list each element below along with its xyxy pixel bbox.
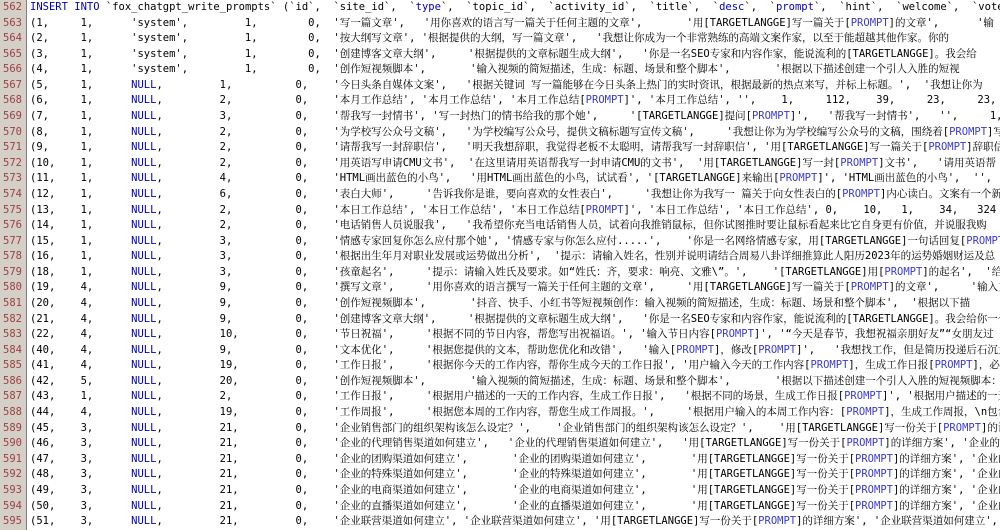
code-text[interactable]: (6, 1, NULL, 2, 0, '本月工作总结', '本月工作总结', '…	[27, 93, 1000, 109]
code-text[interactable]: (41, 4, NULL, 19, 0, '工作日报', '根据你今天的工作内容…	[27, 358, 1000, 374]
code-text[interactable]: (3, 1, 'system', 1, 0, '创建博客文章大纲', '根据提供…	[27, 47, 1000, 63]
code-line[interactable]: 580(19, 4, NULL, 9, 0, '撰写文章', '用你喜欢的语言撰…	[0, 280, 1000, 296]
code-text[interactable]: (5, 1, NULL, 1, 0, '今日头条自媒体文案', '根据关键词 写…	[27, 78, 1000, 94]
code-line[interactable]: 582(21, 4, NULL, 9, 0, '创建博客文章大纲', '根据提供…	[0, 312, 1000, 328]
code-lines-container: 562INSERT INTO `fox_chatgpt_write_prompt…	[0, 0, 1000, 530]
line-number[interactable]: 582	[0, 312, 27, 328]
code-text[interactable]: (9, 1, NULL, 2, 0, '请帮我写一封辞职信', '明天我想辞职，…	[27, 140, 1000, 156]
line-number[interactable]: 569	[0, 109, 27, 125]
code-text[interactable]: (51, 3, NULL, 21, 0, '企业联营渠道如何建立', '企业联营…	[27, 514, 1000, 530]
code-line[interactable]: 575(13, 1, NULL, 2, 0, '本日工作总结', '本日工作总结…	[0, 203, 1000, 219]
code-line[interactable]: 594(50, 3, NULL, 21, 0, '企业的直播渠道如何建立', '…	[0, 499, 1000, 515]
code-line[interactable]: 574(12, 1, NULL, 6, 0, '表白大师', '告诉我你是谁，要…	[0, 187, 1000, 203]
code-text[interactable]: (12, 1, NULL, 6, 0, '表白大师', '告诉我你是谁，要向喜欢…	[27, 187, 1000, 203]
code-line[interactable]: 566(4, 1, 'system', 1, 0, '创作短视频脚本', '输入…	[0, 62, 1000, 78]
line-number[interactable]: 564	[0, 31, 27, 47]
code-line[interactable]: 572(10, 1, NULL, 2, 0, '用英语写申请CMU文书', '在…	[0, 156, 1000, 172]
code-text[interactable]: (7, 1, NULL, 3, 0, '帮我写一封情书', '写一封热门的情书给…	[27, 109, 1000, 125]
code-line[interactable]: 586(42, 5, NULL, 20, 0, '创作短视频脚本', '输入视频…	[0, 374, 1000, 390]
line-number[interactable]: 581	[0, 296, 27, 312]
code-line[interactable]: 589(45, 3, NULL, 21, 0, '企业销售部门的组织架构该怎么设…	[0, 421, 1000, 437]
code-text[interactable]: INSERT INTO `fox_chatgpt_write_prompts` …	[27, 0, 1000, 16]
line-number[interactable]: 562	[0, 0, 27, 16]
code-text[interactable]: (16, 1, NULL, 3, 0, '根据出生年月对职业发展或运势做出分析'…	[27, 249, 1000, 265]
line-number[interactable]: 593	[0, 483, 27, 499]
line-number[interactable]: 588	[0, 405, 27, 421]
line-number[interactable]: 589	[0, 421, 27, 437]
line-number[interactable]: 567	[0, 78, 27, 94]
line-number[interactable]: 594	[0, 499, 27, 515]
code-text[interactable]: (47, 3, NULL, 21, 0, '企业的团购渠道如何建立', '企业的…	[27, 452, 1000, 468]
code-line[interactable]: 567(5, 1, NULL, 1, 0, '今日头条自媒体文案', '根据关键…	[0, 78, 1000, 94]
code-editor: 562INSERT INTO `fox_chatgpt_write_prompt…	[0, 0, 1000, 530]
code-line[interactable]: 562INSERT INTO `fox_chatgpt_write_prompt…	[0, 0, 1000, 16]
code-text[interactable]: (40, 4, NULL, 9, 0, '文本优化', '根据您提供的文本，帮助…	[27, 343, 1000, 359]
code-text[interactable]: (50, 3, NULL, 21, 0, '企业的直播渠道如何建立', '企业的…	[27, 499, 1000, 515]
line-number[interactable]: 565	[0, 47, 27, 63]
code-line[interactable]: 563(1, 1, 'system', 1, 0, '写一篇文章', '用你喜欢…	[0, 16, 1000, 32]
code-text[interactable]: (42, 5, NULL, 20, 0, '创作短视频脚本', '输入视频的简短…	[27, 374, 1000, 390]
line-number[interactable]: 568	[0, 93, 27, 109]
line-number[interactable]: 595	[0, 514, 27, 530]
line-number[interactable]: 584	[0, 343, 27, 359]
line-number[interactable]: 590	[0, 436, 27, 452]
line-number[interactable]: 578	[0, 249, 27, 265]
code-text[interactable]: (4, 1, 'system', 1, 0, '创作短视频脚本', '输入视频的…	[27, 62, 1000, 78]
line-number[interactable]: 566	[0, 62, 27, 78]
code-text[interactable]: (48, 3, NULL, 21, 0, '企业的特殊渠道如何建立', '企业的…	[27, 467, 1000, 483]
code-text[interactable]: (45, 3, NULL, 21, 0, '企业销售部门的组织架构该怎么设定？'…	[27, 421, 1000, 437]
code-line[interactable]: 569(7, 1, NULL, 3, 0, '帮我写一封情书', '写一封热门的…	[0, 109, 1000, 125]
code-line[interactable]: 579(18, 1, NULL, 3, 0, '孩童起名', '提示：请输入姓氏…	[0, 265, 1000, 281]
code-text[interactable]: (19, 4, NULL, 9, 0, '撰写文章', '用你喜欢的语言撰写一篇…	[27, 280, 1000, 296]
code-text[interactable]: (20, 4, NULL, 9, 0, '创作短视频脚本', '抖音、快手、小红…	[27, 296, 1000, 312]
code-line[interactable]: 568(6, 1, NULL, 2, 0, '本月工作总结', '本月工作总结'…	[0, 93, 1000, 109]
line-number[interactable]: 574	[0, 187, 27, 203]
code-line[interactable]: 595(51, 3, NULL, 21, 0, '企业联营渠道如何建立', '企…	[0, 514, 1000, 530]
code-line[interactable]: 577(15, 1, NULL, 3, 0, '情感专家回复你怎么应付那个她',…	[0, 234, 1000, 250]
code-text[interactable]: (18, 1, NULL, 3, 0, '孩童起名', '提示：请输入姓氏及要求…	[27, 265, 1000, 281]
code-text[interactable]: (8, 1, NULL, 2, 0, '为学校写公众号文稿', '为学校编写公众…	[27, 125, 1000, 141]
code-text[interactable]: (46, 3, NULL, 21, 0, '企业的代理销售渠道如何建立', '企…	[27, 436, 1000, 452]
code-text[interactable]: (44, 4, NULL, 19, 0, '工作周报', '根据您本周的工作内容…	[27, 405, 1000, 421]
code-text[interactable]: (21, 4, NULL, 9, 0, '创建博客文章大纲', '根据提供的文章…	[27, 312, 1000, 328]
code-text[interactable]: (11, 1, NULL, 4, 0, 'HTML画出蓝色的小鸟', '用HTM…	[27, 171, 1000, 187]
code-line[interactable]: 565(3, 1, 'system', 1, 0, '创建博客文章大纲', '根…	[0, 47, 1000, 63]
code-line[interactable]: 564(2, 1, 'system', 1, 0, '按大纲写文章', '根据提…	[0, 31, 1000, 47]
line-number[interactable]: 587	[0, 389, 27, 405]
code-line[interactable]: 584(40, 4, NULL, 9, 0, '文本优化', '根据您提供的文本…	[0, 343, 1000, 359]
line-number[interactable]: 591	[0, 452, 27, 468]
code-text[interactable]: (14, 1, NULL, 2, 0, '电话销售人员说服我', '我希望你充当…	[27, 218, 1000, 234]
code-line[interactable]: 571(9, 1, NULL, 2, 0, '请帮我写一封辞职信', '明天我想…	[0, 140, 1000, 156]
code-line[interactable]: 588(44, 4, NULL, 19, 0, '工作周报', '根据您本周的工…	[0, 405, 1000, 421]
line-number[interactable]: 579	[0, 265, 27, 281]
line-number[interactable]: 583	[0, 327, 27, 343]
code-line[interactable]: 583(22, 4, NULL, 10, 0, '节日祝福', '根据不同的节日…	[0, 327, 1000, 343]
line-number[interactable]: 585	[0, 358, 27, 374]
code-text[interactable]: (49, 3, NULL, 21, 0, '企业的电商渠道如何建立', '企业的…	[27, 483, 1000, 499]
code-text[interactable]: (15, 1, NULL, 3, 0, '情感专家回复你怎么应付那个她', '情…	[27, 234, 1000, 250]
code-line[interactable]: 592(48, 3, NULL, 21, 0, '企业的特殊渠道如何建立', '…	[0, 467, 1000, 483]
code-text[interactable]: (2, 1, 'system', 1, 0, '按大纲写文章', '根据提供的大…	[27, 31, 1000, 47]
code-line[interactable]: 570(8, 1, NULL, 2, 0, '为学校写公众号文稿', '为学校编…	[0, 125, 1000, 141]
line-number[interactable]: 592	[0, 467, 27, 483]
line-number[interactable]: 563	[0, 16, 27, 32]
code-line[interactable]: 576(14, 1, NULL, 2, 0, '电话销售人员说服我', '我希望…	[0, 218, 1000, 234]
line-number[interactable]: 580	[0, 280, 27, 296]
line-number[interactable]: 573	[0, 171, 27, 187]
code-line[interactable]: 590(46, 3, NULL, 21, 0, '企业的代理销售渠道如何建立',…	[0, 436, 1000, 452]
code-line[interactable]: 578(16, 1, NULL, 3, 0, '根据出生年月对职业发展或运势做出…	[0, 249, 1000, 265]
code-text[interactable]: (13, 1, NULL, 2, 0, '本日工作总结', '本日工作总结', …	[27, 203, 1000, 219]
code-line[interactable]: 587(43, 1, NULL, 2, 0, '工作日报', '根据用户描述的一…	[0, 389, 1000, 405]
code-line[interactable]: 573(11, 1, NULL, 4, 0, 'HTML画出蓝色的小鸟', '用…	[0, 171, 1000, 187]
line-number[interactable]: 572	[0, 156, 27, 172]
code-text[interactable]: (22, 4, NULL, 10, 0, '节日祝福', '根据不同的节日内容，…	[27, 327, 1000, 343]
code-line[interactable]: 581(20, 4, NULL, 9, 0, '创作短视频脚本', '抖音、快手…	[0, 296, 1000, 312]
code-text[interactable]: (1, 1, 'system', 1, 0, '写一篇文章', '用你喜欢的语言…	[27, 16, 1000, 32]
line-number[interactable]: 570	[0, 125, 27, 141]
line-number[interactable]: 571	[0, 140, 27, 156]
line-number[interactable]: 576	[0, 218, 27, 234]
code-text[interactable]: (10, 1, NULL, 2, 0, '用英语写申请CMU文书', '在这里请…	[27, 156, 1000, 172]
code-text[interactable]: (43, 1, NULL, 2, 0, '工作日报', '根据用户描述的一天的工…	[27, 389, 1000, 405]
line-number[interactable]: 577	[0, 234, 27, 250]
code-line[interactable]: 585(41, 4, NULL, 19, 0, '工作日报', '根据你今天的工…	[0, 358, 1000, 374]
line-number[interactable]: 575	[0, 203, 27, 219]
code-line[interactable]: 593(49, 3, NULL, 21, 0, '企业的电商渠道如何建立', '…	[0, 483, 1000, 499]
code-line[interactable]: 591(47, 3, NULL, 21, 0, '企业的团购渠道如何建立', '…	[0, 452, 1000, 468]
line-number[interactable]: 586	[0, 374, 27, 390]
